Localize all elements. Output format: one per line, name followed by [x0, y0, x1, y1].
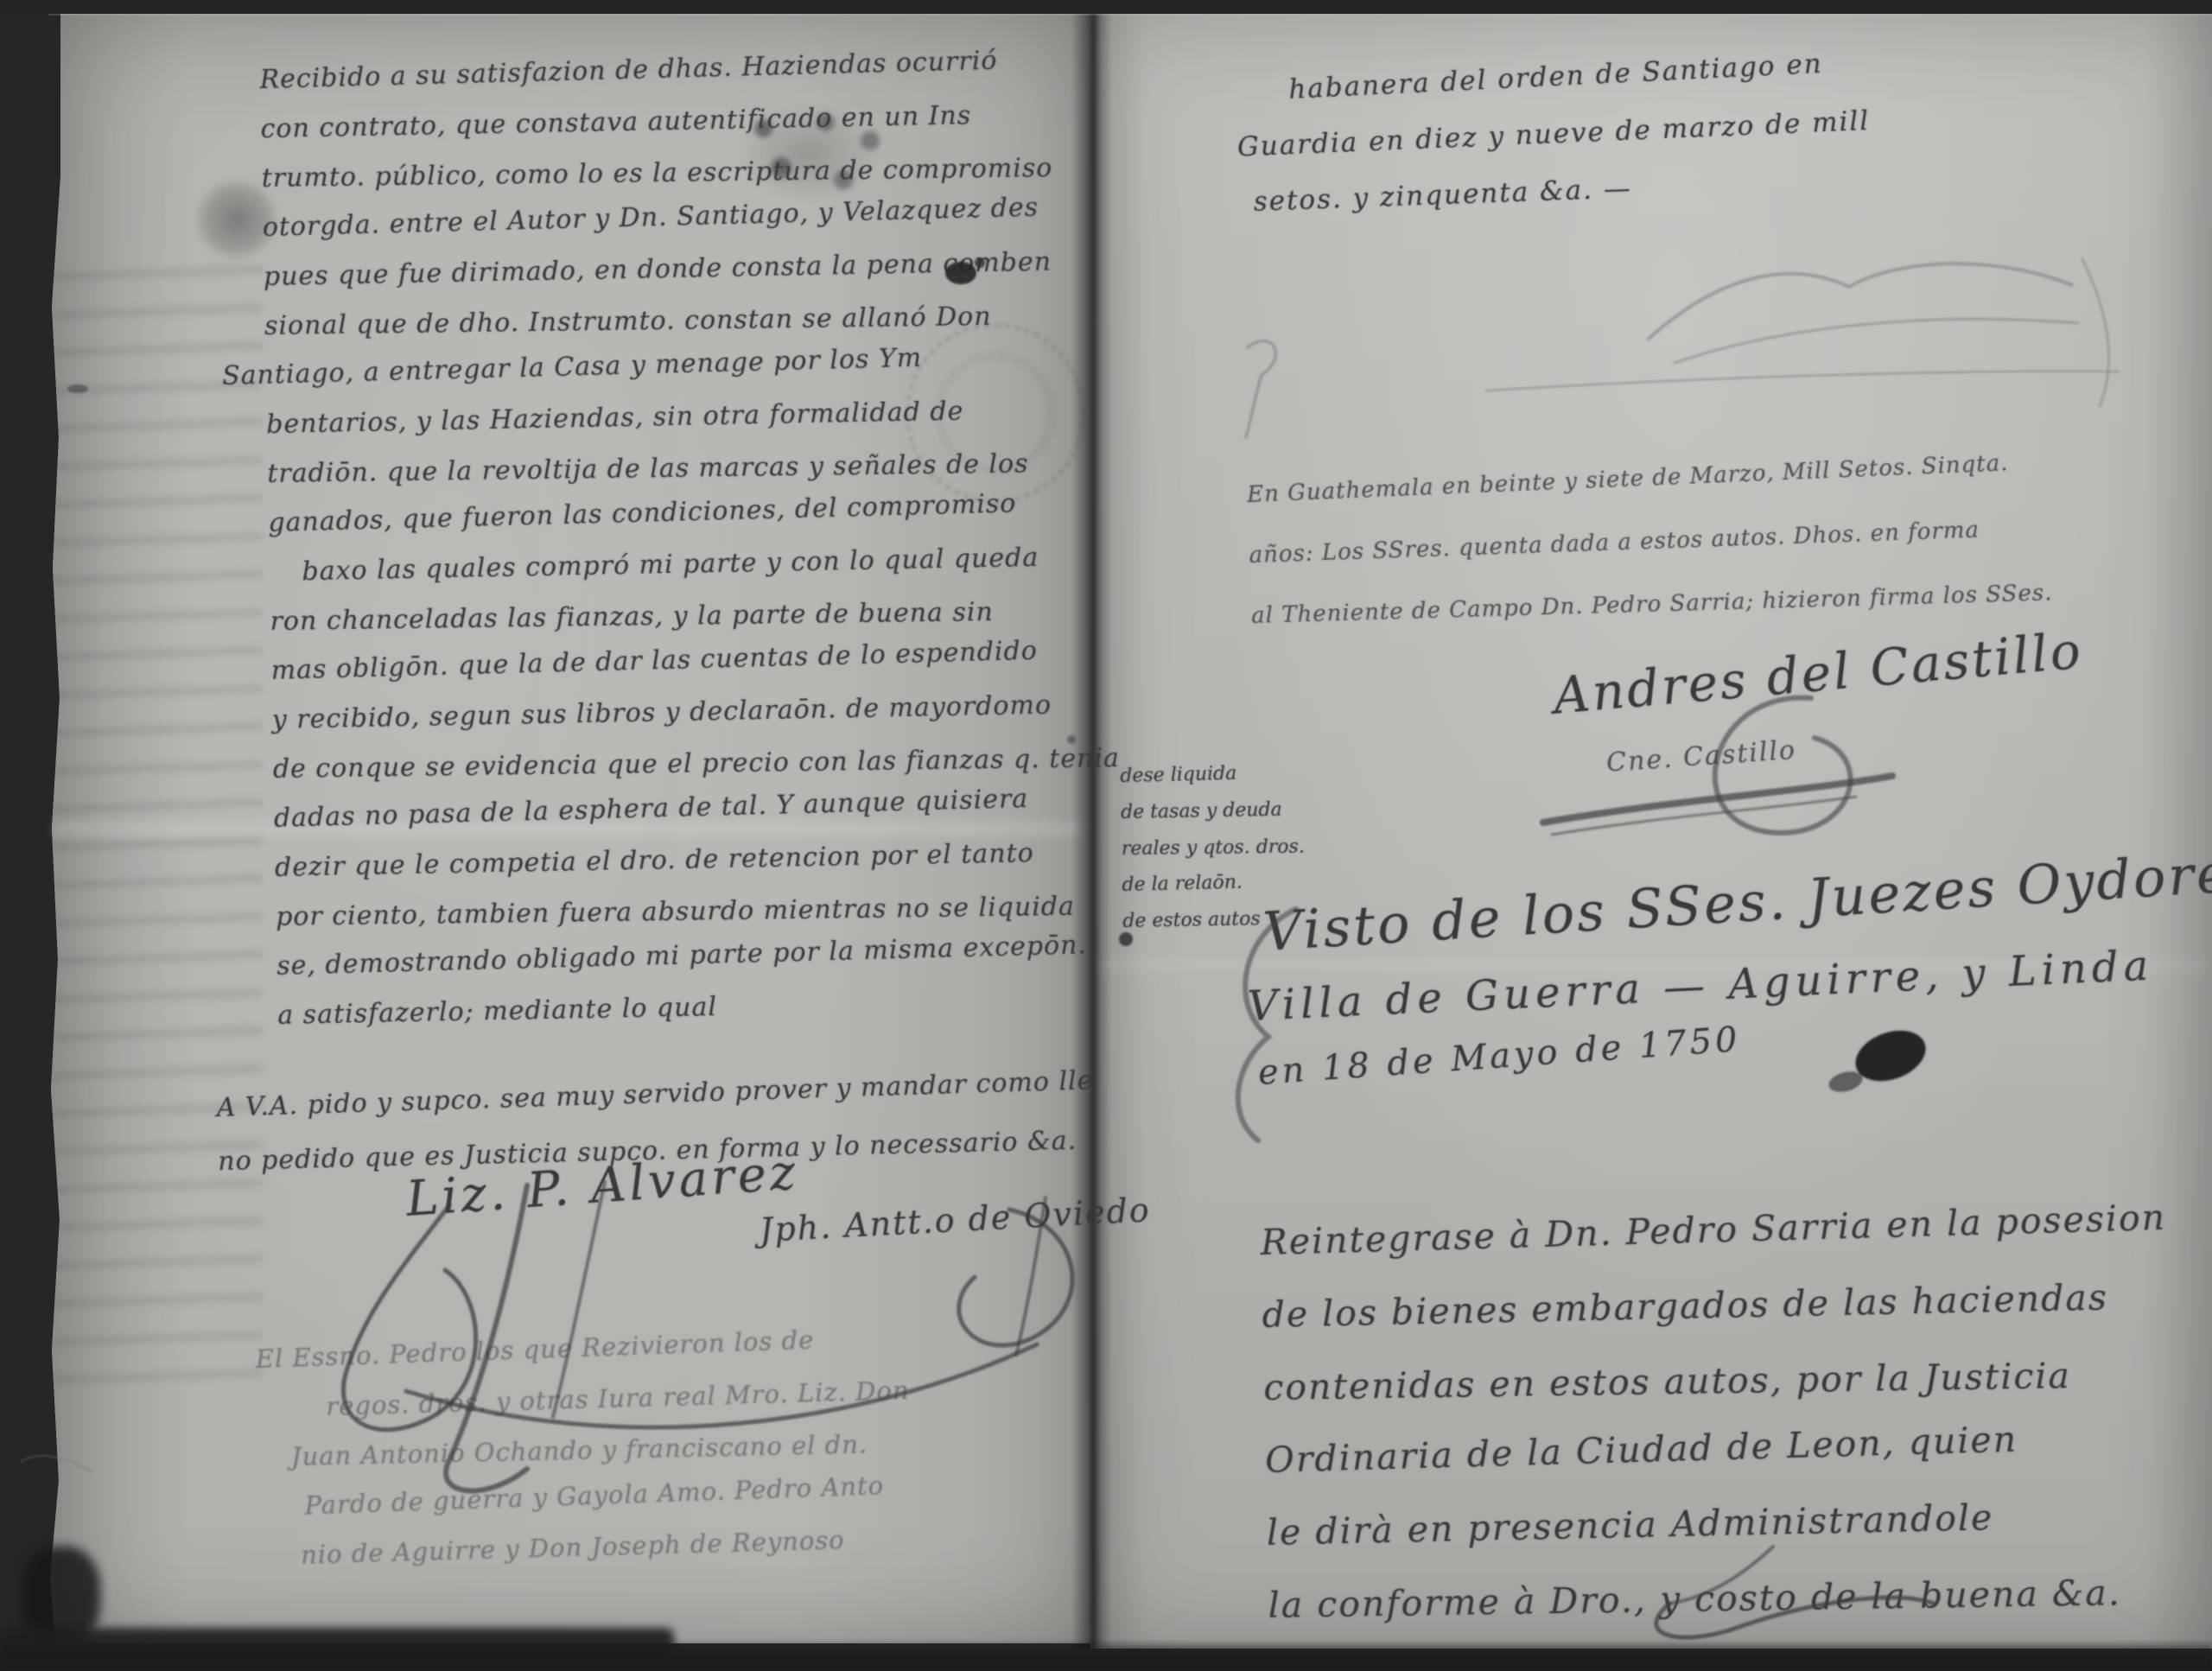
notarial-seal-icon: [907, 325, 1084, 501]
manuscript-photo: Recibido a su satisfazion de dhas. Hazie…: [0, 0, 2212, 1671]
decree-final-flourish: [1656, 1547, 1934, 1637]
ink-flourish-overlay: [0, 0, 2212, 1671]
signature-flourish-castillo: [1238, 698, 1892, 1140]
signature-flourish-left: [344, 1182, 1073, 1490]
photo-bottom-edge: [0, 1640, 2212, 1671]
photo-top-edge: [0, 0, 2212, 14]
ink-blot: [67, 257, 1933, 1096]
